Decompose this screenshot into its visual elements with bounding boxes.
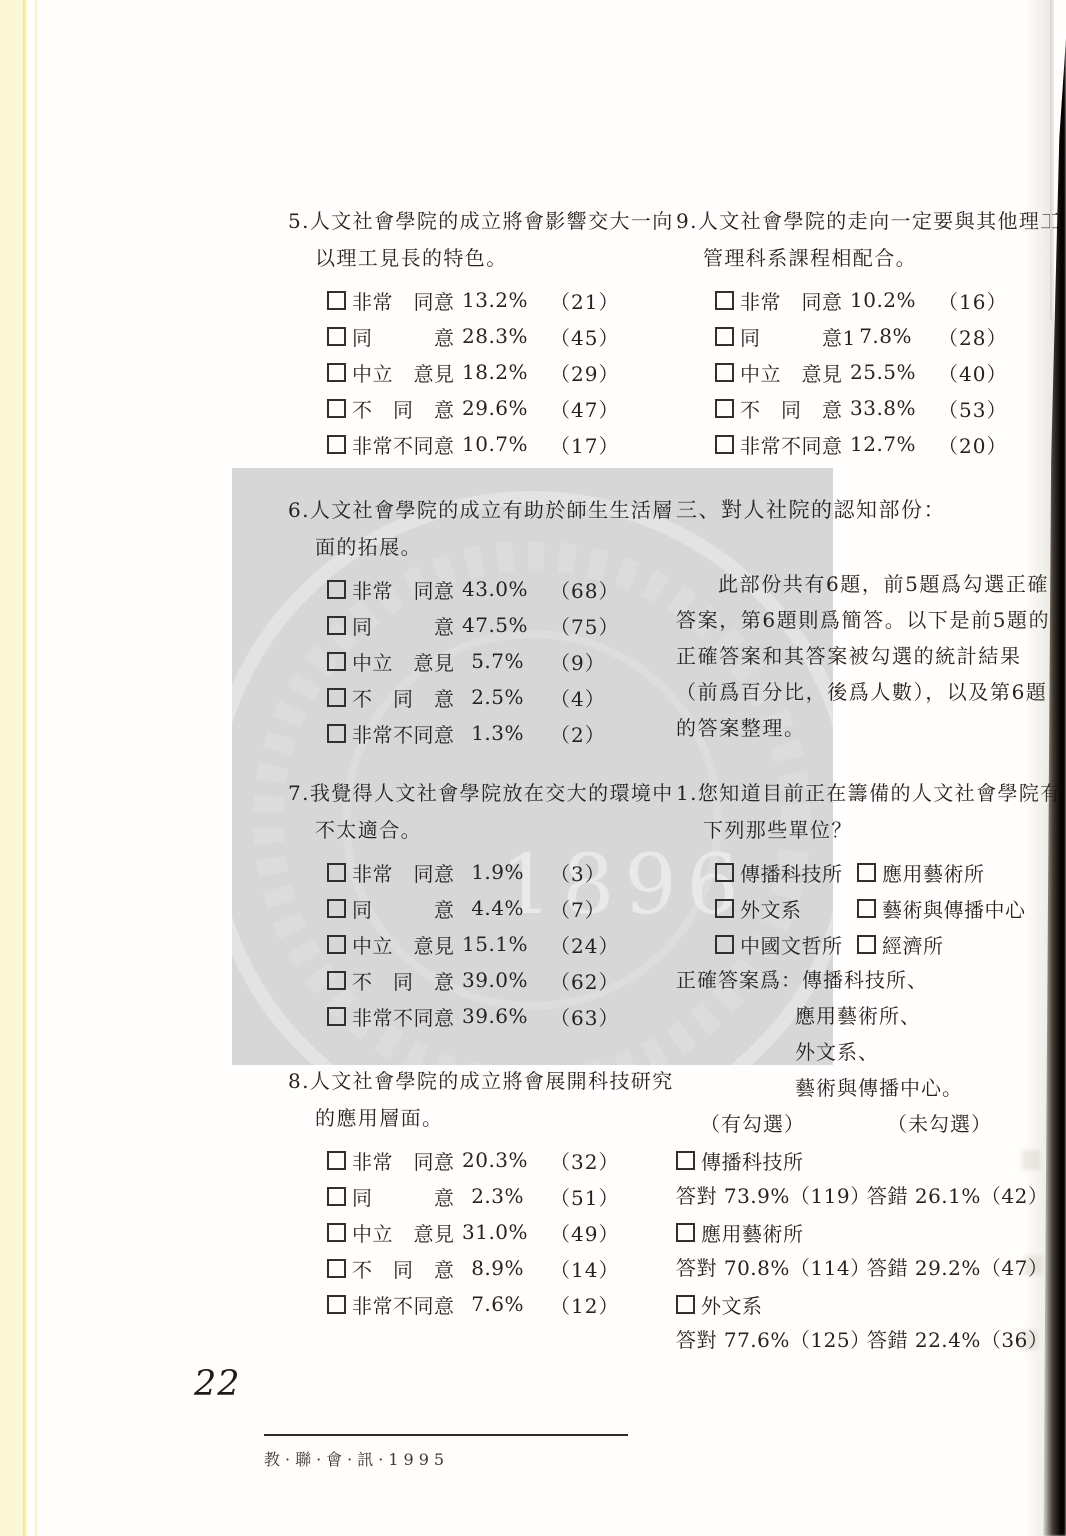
- option-label: 非常 同意: [352, 286, 462, 315]
- option-count: （2）: [550, 719, 606, 748]
- wrong-stat: 答錯 22.4%（36）: [867, 1322, 1048, 1358]
- unit-label: 中國文哲所: [740, 930, 843, 959]
- likert-option: 不 同 意29.6%（47）: [288, 390, 674, 426]
- option-count: （75）: [550, 611, 619, 640]
- checkbox-icon: [327, 1295, 346, 1314]
- option-percent: 33.8%: [850, 396, 912, 420]
- checkbox-icon: [327, 1223, 346, 1242]
- correct-count: （119）: [790, 1184, 871, 1208]
- unit-label: 傳播科技所: [740, 858, 843, 887]
- option-percent: 10.7%: [462, 432, 524, 456]
- result-unit-label: 應用藝術所: [701, 1218, 804, 1247]
- option-count: （62）: [550, 966, 619, 995]
- option-label: 中立 意見: [352, 358, 462, 387]
- option-count: （4）: [550, 683, 606, 712]
- question-8: 8.人文社會學院的成立將會展開科技研究 的應用層面。 非常 同意20.3%（32…: [288, 1063, 674, 1322]
- unit-checkbox-row: 外文系 藝術與傳播中心: [676, 890, 1061, 926]
- likert-option: 非常 同意10.2%（16）: [676, 282, 1062, 318]
- option-count: （49）: [550, 1218, 619, 1247]
- likert-option: 同 意17.8%（28）: [676, 318, 1062, 354]
- wrong-stat: 答錯 29.2%（47）: [867, 1250, 1048, 1286]
- option-percent: 2.3%: [462, 1184, 524, 1208]
- option-label: 非常 同意: [352, 575, 462, 604]
- question-5-options: 非常 同意13.2%（21） 同 意28.3%（45） 中立 意見18.2%（2…: [288, 282, 674, 462]
- question-6-line-2: 面的拓展。: [288, 529, 674, 566]
- likert-option: 不 同 意2.5%（4）: [288, 679, 674, 715]
- page-number: 22: [194, 1364, 241, 1404]
- checkbox-icon: [715, 435, 734, 454]
- likert-option: 中立 意見31.0%（49）: [288, 1214, 674, 1250]
- checkbox-icon: [676, 1151, 695, 1170]
- likert-option: 非常 同意1.9%（3）: [288, 854, 674, 890]
- result-unit-row: 應用藝術所: [676, 1214, 1061, 1250]
- option-label: 不 同 意: [352, 1254, 462, 1283]
- option-label: 非常 同意: [352, 1146, 462, 1175]
- question-9: 9.人文社會學院的走向一定要與其他理工 管理科系課程相配合。 非常 同意10.2…: [676, 203, 1062, 462]
- question-1-line-1: 1.您知道目前正在籌備的人文社會學院有: [676, 775, 1061, 812]
- option-label: 中立 意見: [352, 930, 462, 959]
- question-8-options: 非常 同意20.3%（32） 同 意2.3%（51） 中立 意見31.0%（49…: [288, 1142, 674, 1322]
- option-count: （20）: [938, 430, 1007, 459]
- correct-stat: 答對 73.9%（119）: [676, 1178, 871, 1214]
- option-label: 非常不同意: [352, 719, 462, 748]
- unit-option: 經濟所: [857, 926, 944, 962]
- result-unit-label: 傳播科技所: [701, 1146, 804, 1175]
- option-count: （63）: [550, 1002, 619, 1031]
- question-7-line-2: 不太適合。: [288, 812, 674, 849]
- section-three-title: 三、對人社院的認知部份：: [676, 492, 1056, 529]
- checkbox-icon: [327, 363, 346, 382]
- right-page-edge-line: [1050, 0, 1052, 320]
- checkbox-icon: [327, 971, 346, 990]
- unit-option: 藝術與傳播中心: [857, 890, 1026, 926]
- unit-option: 傳播科技所: [715, 854, 843, 890]
- likert-option: 不 同 意39.0%（62）: [288, 962, 674, 998]
- option-count: （3）: [550, 858, 606, 887]
- option-label: 非常不同意: [352, 1002, 462, 1031]
- likert-option: 非常 同意20.3%（32）: [288, 1142, 674, 1178]
- option-percent: 39.0%: [462, 968, 524, 992]
- option-percent: 20.3%: [462, 1148, 524, 1172]
- correct-stat: 答對 70.8%（114）: [676, 1250, 871, 1286]
- result-stats-row: 答對 73.9%（119） 答錯 26.1%（42）: [676, 1178, 1061, 1214]
- option-label: 同 意1: [740, 322, 850, 351]
- checkbox-icon: [715, 363, 734, 382]
- likert-option: 非常 同意43.0%（68）: [288, 571, 674, 607]
- option-count: （28）: [938, 322, 1007, 351]
- likert-option: 非常不同意1.3%（2）: [288, 715, 674, 751]
- option-count: （40）: [938, 358, 1007, 387]
- checkbox-icon: [715, 935, 734, 954]
- checkbox-icon: [327, 1007, 346, 1026]
- option-count: （12）: [550, 1290, 619, 1319]
- correct-answer-line: 藝術與傳播中心。: [676, 1070, 1061, 1106]
- option-count: （7）: [550, 894, 606, 923]
- unit-label: 藝術與傳播中心: [882, 894, 1026, 923]
- paragraph-line: 此部份共有6題，前5題爲勾選正確: [676, 566, 1056, 602]
- question-5-line-1: 5.人文社會學院的成立將會影響交大一向: [288, 203, 674, 240]
- option-count: （21）: [550, 286, 619, 315]
- option-percent: 25.5%: [850, 360, 912, 384]
- correct-stat: 答對 77.6%（125）: [676, 1322, 871, 1358]
- option-label: 中立 意見: [352, 1218, 462, 1247]
- checkbox-icon: [327, 724, 346, 743]
- unit-option: 應用藝術所: [857, 854, 985, 890]
- question-1-cognition: 1.您知道目前正在籌備的人文社會學院有 下列那些單位？ 傳播科技所 應用藝術所 …: [676, 775, 1061, 1358]
- checkbox-icon: [327, 616, 346, 635]
- correct-answer-line: 外文系、: [676, 1034, 1061, 1070]
- likert-option: 同 意47.5%（75）: [288, 607, 674, 643]
- option-percent: 13.2%: [462, 288, 524, 312]
- option-percent: 1.9%: [462, 860, 524, 884]
- likert-option: 同 意28.3%（45）: [288, 318, 674, 354]
- question-8-line-1: 8.人文社會學院的成立將會展開科技研究: [288, 1063, 674, 1100]
- option-label: 非常不同意: [740, 430, 850, 459]
- checked-header: （有勾選）: [700, 1106, 805, 1142]
- option-count: （68）: [550, 575, 619, 604]
- option-percent: 2.5%: [462, 685, 524, 709]
- question-6-line-1: 6.人文社會學院的成立有助於師生生活層: [288, 492, 674, 529]
- result-unit-row: 傳播科技所: [676, 1142, 1061, 1178]
- result-stats-row: 答對 70.8%（114） 答錯 29.2%（47）: [676, 1250, 1061, 1286]
- correct-answer-prefix: 正確答案爲：: [676, 968, 802, 992]
- option-label: 中立 意見: [740, 358, 850, 387]
- checkbox-icon: [327, 399, 346, 418]
- checkbox-icon: [327, 1259, 346, 1278]
- likert-option: 中立 意見18.2%（29）: [288, 354, 674, 390]
- result-column-headers: （有勾選） （未勾選）: [676, 1106, 1061, 1142]
- likert-option: 非常不同意7.6%（12）: [288, 1286, 674, 1322]
- question-6-options: 非常 同意43.0%（68） 同 意47.5%（75） 中立 意見5.7%（9）…: [288, 571, 674, 751]
- correct-answer-item: 傳播科技所、: [802, 968, 928, 992]
- checkbox-icon: [676, 1223, 695, 1242]
- option-percent: 31.0%: [462, 1220, 524, 1244]
- paragraph-line: 答案，第6題則爲簡答。以下是前5題的: [676, 602, 1056, 638]
- result-unit-label: 外文系: [701, 1290, 763, 1319]
- paragraph-line: 正確答案和其答案被勾選的統計結果: [676, 638, 1056, 674]
- option-percent: 8.9%: [462, 1256, 524, 1280]
- likert-option: 同 意4.4%（7）: [288, 890, 674, 926]
- option-label: 非常 同意: [740, 286, 850, 315]
- correct-count: （114）: [790, 1256, 871, 1280]
- checkbox-icon: [715, 863, 734, 882]
- option-label: 中立 意見: [352, 647, 462, 676]
- option-percent: 28.3%: [462, 324, 524, 348]
- option-percent: 5.7%: [462, 649, 524, 673]
- footer-rule: [264, 1434, 628, 1436]
- checkbox-icon: [857, 899, 876, 918]
- question-7-line-1: 7.我覺得人文社會學院放在交大的環境中: [288, 775, 674, 812]
- checkbox-icon: [327, 1187, 346, 1206]
- option-percent: 29.6%: [462, 396, 524, 420]
- section-three-paragraph: 此部份共有6題，前5題爲勾選正確 答案，第6題則爲簡答。以下是前5題的 正確答案…: [676, 566, 1056, 746]
- option-label: 非常 同意: [352, 858, 462, 887]
- paragraph-line: （前爲百分比，後爲人數），以及第6題: [676, 674, 1056, 710]
- unit-label: 應用藝術所: [882, 858, 985, 887]
- likert-option: 不 同 意8.9%（14）: [288, 1250, 674, 1286]
- wrong-stat: 答錯 26.1%（42）: [867, 1178, 1048, 1214]
- option-label: 同 意: [352, 1182, 462, 1211]
- checkbox-icon: [327, 688, 346, 707]
- option-percent: 1.3%: [462, 721, 524, 745]
- question-9-options: 非常 同意10.2%（16） 同 意17.8%（28） 中立 意見25.5%（4…: [676, 282, 1062, 462]
- result-stats-row: 答對 77.6%（125） 答錯 22.4%（36）: [676, 1322, 1061, 1358]
- unit-label: 外文系: [740, 894, 802, 923]
- checkbox-icon: [715, 327, 734, 346]
- likert-option: 非常不同意12.7%（20）: [676, 426, 1062, 462]
- likert-option: 非常不同意10.7%（17）: [288, 426, 674, 462]
- option-count: （51）: [550, 1182, 619, 1211]
- checkbox-icon: [327, 935, 346, 954]
- checkbox-icon: [327, 863, 346, 882]
- option-count: （32）: [550, 1146, 619, 1175]
- question-9-line-2: 管理科系課程相配合。: [676, 240, 1062, 277]
- result-unit-row: 外文系: [676, 1286, 1061, 1322]
- unit-option: 外文系: [715, 890, 802, 926]
- question-5-line-2: 以理工見長的特色。: [288, 240, 674, 277]
- checkbox-icon: [715, 399, 734, 418]
- likert-option: 不 同 意33.8%（53）: [676, 390, 1062, 426]
- option-label: 不 同 意: [352, 683, 462, 712]
- journal-title: 教·聯·會·訊·1995: [264, 1447, 449, 1470]
- correct-answer-line: 正確答案爲：傳播科技所、: [676, 962, 1061, 998]
- option-label: 同 意: [352, 611, 462, 640]
- option-count: （14）: [550, 1254, 619, 1283]
- unit-label: 經濟所: [882, 930, 944, 959]
- correct-answer-item: 應用藝術所、: [795, 1004, 921, 1028]
- paragraph-line: 的答案整理。: [676, 710, 1056, 746]
- likert-option: 非常不同意39.6%（63）: [288, 998, 674, 1034]
- option-count: （17）: [550, 430, 619, 459]
- option-count: （24）: [550, 930, 619, 959]
- option-percent: 18.2%: [462, 360, 524, 384]
- checkbox-icon: [327, 899, 346, 918]
- option-percent: 39.6%: [462, 1004, 524, 1028]
- option-label: 同 意: [352, 894, 462, 923]
- section-three-cognition: 三、對人社院的認知部份： 此部份共有6題，前5題爲勾選正確 答案，第6題則爲簡答…: [676, 492, 1056, 746]
- option-percent: 7.8%: [850, 324, 912, 348]
- question-7: 7.我覺得人文社會學院放在交大的環境中 不太適合。 非常 同意1.9%（3） 同…: [288, 775, 674, 1034]
- checkbox-icon: [715, 291, 734, 310]
- checkbox-icon: [676, 1295, 695, 1314]
- question-5: 5.人文社會學院的成立將會影響交大一向 以理工見長的特色。 非常 同意13.2%…: [288, 203, 674, 462]
- option-count: （47）: [550, 394, 619, 423]
- correct-count: （125）: [790, 1328, 871, 1352]
- option-percent: 43.0%: [462, 577, 524, 601]
- checkbox-icon: [715, 899, 734, 918]
- unit-checkbox-row: 中國文哲所 經濟所: [676, 926, 1061, 962]
- option-label: 不 同 意: [740, 394, 850, 423]
- checkbox-icon: [327, 1151, 346, 1170]
- checkbox-icon: [327, 652, 346, 671]
- correct-answer-item: 藝術與傳播中心。: [795, 1076, 963, 1100]
- unit-option: 中國文哲所: [715, 926, 843, 962]
- question-7-options: 非常 同意1.9%（3） 同 意4.4%（7） 中立 意見15.1%（24） 不…: [288, 854, 674, 1034]
- unit-checkbox-row: 傳播科技所 應用藝術所: [676, 854, 1061, 890]
- option-count: （9）: [550, 647, 606, 676]
- option-percent: 12.7%: [850, 432, 912, 456]
- question-8-line-2: 的應用層面。: [288, 1100, 674, 1137]
- likert-option: 非常 同意13.2%（21）: [288, 282, 674, 318]
- option-label: 不 同 意: [352, 394, 462, 423]
- left-gutter-line: [23, 0, 25, 1536]
- option-percent: 10.2%: [850, 288, 912, 312]
- checkbox-icon: [857, 863, 876, 882]
- option-label: 同 意: [352, 322, 462, 351]
- unchecked-header: （未勾選）: [887, 1106, 992, 1142]
- likert-option: 中立 意見25.5%（40）: [676, 354, 1062, 390]
- checkbox-icon: [857, 935, 876, 954]
- question-1-line-2: 下列那些單位？: [676, 812, 1061, 849]
- question-6: 6.人文社會學院的成立有助於師生生活層 面的拓展。 非常 同意43.0%（68）…: [288, 492, 674, 751]
- option-label: 非常不同意: [352, 1290, 462, 1319]
- correct-answer-line: 應用藝術所、: [676, 998, 1061, 1034]
- option-label: 不 同 意: [352, 966, 462, 995]
- checkbox-icon: [327, 435, 346, 454]
- option-count: （29）: [550, 358, 619, 387]
- checkbox-icon: [327, 580, 346, 599]
- option-count: （16）: [938, 286, 1007, 315]
- option-percent: 4.4%: [462, 896, 524, 920]
- checkbox-icon: [327, 291, 346, 310]
- checkbox-icon: [327, 327, 346, 346]
- likert-option: 中立 意見15.1%（24）: [288, 926, 674, 962]
- option-count: （53）: [938, 394, 1007, 423]
- option-percent: 15.1%: [462, 932, 524, 956]
- question-9-line-1: 9.人文社會學院的走向一定要與其他理工: [676, 203, 1062, 240]
- option-count: （45）: [550, 322, 619, 351]
- left-gutter-line-outer: [35, 0, 37, 1536]
- correct-answer-item: 外文系、: [795, 1040, 879, 1064]
- option-percent: 7.6%: [462, 1292, 524, 1316]
- likert-option: 中立 意見5.7%（9）: [288, 643, 674, 679]
- option-label: 非常不同意: [352, 430, 462, 459]
- likert-option: 同 意2.3%（51）: [288, 1178, 674, 1214]
- option-percent: 47.5%: [462, 613, 524, 637]
